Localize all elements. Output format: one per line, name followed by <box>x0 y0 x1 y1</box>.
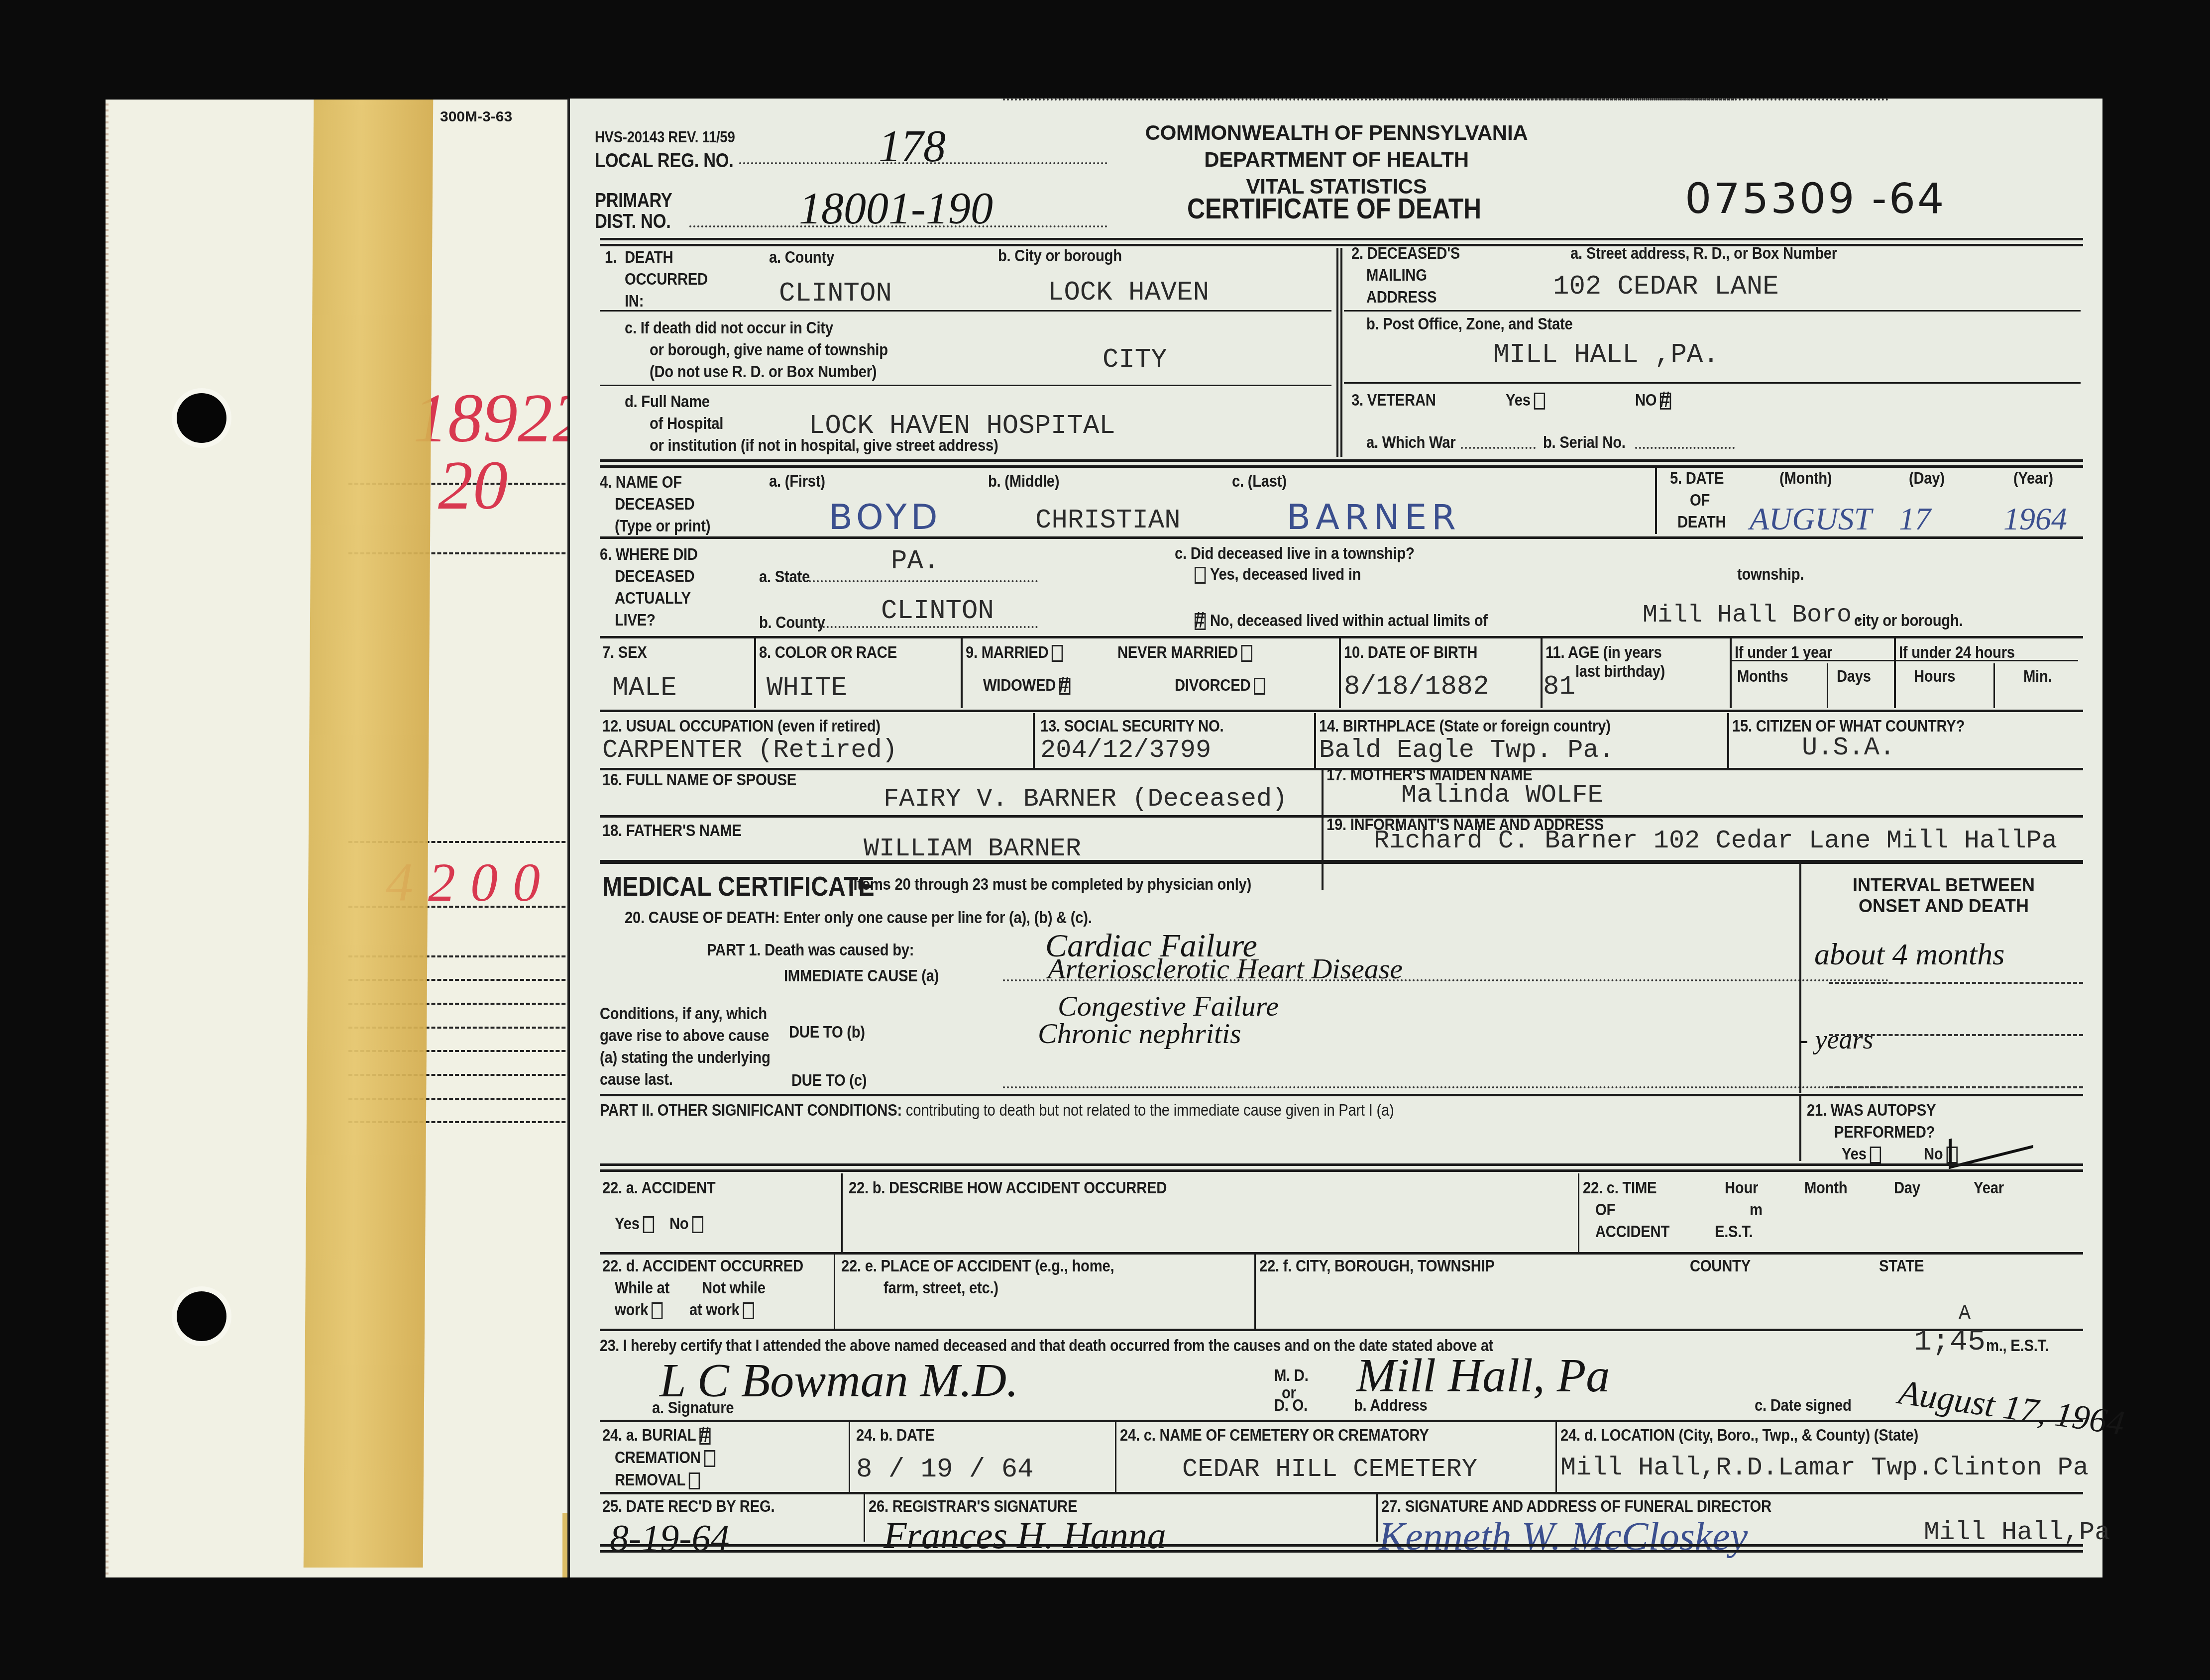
cremation-option[interactable]: CREMATION <box>615 1447 715 1469</box>
interval-a: about 4 months <box>1814 937 2004 972</box>
accident-county-label: COUNTY <box>1690 1256 1751 1277</box>
rule <box>1254 1254 1256 1329</box>
burial-option[interactable]: 24. a. BURIAL <box>602 1425 711 1447</box>
place-of-accident-label: 22. e. PLACE OF ACCIDENT (e.g., home, <box>841 1256 1114 1277</box>
s6-label: DECEASED <box>615 566 694 588</box>
accident-time-label: ACCIDENT <box>1595 1221 1669 1243</box>
widowed-label: WIDOWED <box>983 676 1056 695</box>
accident-no[interactable]: No <box>669 1213 703 1235</box>
part-1-label: PART 1. Death was caused by: <box>707 940 914 961</box>
rule <box>1115 1422 1116 1492</box>
removal-option[interactable]: REMOVAL <box>615 1470 700 1491</box>
township-yes-checkbox[interactable] <box>1195 567 1206 584</box>
married-label: 9. MARRIED <box>966 643 1048 662</box>
occupation-value: CARPENTER (Retired) <box>602 735 897 765</box>
rule <box>600 1492 2083 1494</box>
serial-line <box>1635 447 1735 449</box>
autopsy-label: 21. WAS AUTOPSY <box>1807 1100 1936 1122</box>
burial-date: 8 / 19 / 64 <box>856 1455 1033 1485</box>
birthplace-value: Bald Eagle Twp. Pa. <box>1319 735 1614 765</box>
rule <box>600 860 2083 864</box>
rule <box>600 459 2083 462</box>
s2-label: 2. DECEASED'S <box>1351 243 1460 265</box>
date-received: 8-19-64 <box>610 1517 730 1560</box>
date-signed-label: c. Date signed <box>1755 1395 1852 1417</box>
death-month: AUGUST <box>1750 501 1872 537</box>
rule <box>864 1494 865 1542</box>
mailing-post-office: MILL HALL ,PA. <box>1493 340 1719 370</box>
date-received-label: 25. DATE REC'D BY REG. <box>602 1496 774 1518</box>
city-borough-suffix: city or borough. <box>1854 610 1963 632</box>
rule <box>600 536 2083 539</box>
divorced-option[interactable]: DIVORCED <box>1175 675 1265 697</box>
burial-location: Mill Hall,R.D.Lamar Twp.Clinton Pa <box>1560 1453 2089 1482</box>
rule <box>754 638 756 708</box>
m-label: m <box>1750 1199 1763 1221</box>
serial-label: b. Serial No. <box>1543 432 1626 454</box>
punch-hole-bottom <box>177 1291 226 1341</box>
rule <box>600 385 1331 386</box>
hours-label: Hours <box>1914 666 1955 688</box>
s6-label: ACTUALLY <box>615 588 691 610</box>
veteran-no-checkbox[interactable] <box>1660 393 1671 410</box>
dist-value: 18001-190 <box>799 183 993 234</box>
interval-header: INTERVAL BETWEEN ONSET AND DEATH <box>1804 875 2083 917</box>
s2-label: MAILING <box>1366 265 1427 287</box>
accident-city-label: 22. f. CITY, BOROUGH, TOWNSHIP <box>1259 1256 1495 1277</box>
township-no-checkbox[interactable] <box>1195 613 1206 630</box>
conditions-text: (a) stating the underlying <box>600 1047 771 1069</box>
never-married-checkbox[interactable] <box>1241 645 1252 662</box>
accident-occurred-label: 22. d. ACCIDENT OCCURRED <box>602 1256 803 1277</box>
accident-yes[interactable]: Yes <box>615 1213 654 1235</box>
tape-strip <box>304 100 434 1568</box>
residence-city: Mill Hall Boro. <box>1643 601 1867 630</box>
autopsy-label: PERFORMED? <box>1834 1122 1935 1144</box>
signature-label: a. Signature <box>652 1397 734 1419</box>
stub-form-code: 300M-3-63 <box>440 108 512 125</box>
state-line <box>809 580 1038 582</box>
due-to-c-label: DUE TO (c) <box>791 1070 867 1092</box>
medical-note: (Items 20 through 23 must be completed b… <box>849 874 1251 896</box>
rule <box>1322 768 1324 890</box>
which-war-label: a. Which War <box>1366 432 1455 454</box>
burial-location-label: 24. d. LOCATION (City, Boro., Twp., & Co… <box>1560 1425 1918 1447</box>
city-label: b. City or borough <box>998 245 1122 267</box>
age-label-2: last birthday) <box>1575 661 1665 683</box>
interval-c-line <box>1829 1086 2083 1088</box>
race-value: WHITE <box>767 673 847 704</box>
burial-label: 24. a. BURIAL <box>602 1426 696 1445</box>
sex-label: 7. SEX <box>602 642 647 664</box>
rule <box>600 244 2083 246</box>
dob-label: 10. DATE OF BIRTH <box>1344 642 1477 664</box>
accident-label: 22. a. ACCIDENT <box>602 1177 715 1199</box>
s4-label: DECEASED <box>615 494 694 516</box>
mailing-street: 102 CEDAR LANE <box>1553 272 1779 302</box>
while-at-work-checkbox[interactable] <box>652 1302 663 1319</box>
rule <box>600 710 2083 712</box>
residence-county: CLINTON <box>881 596 994 627</box>
rule <box>600 1420 2083 1422</box>
punch-hole-top <box>177 393 226 443</box>
cremation-label: CREMATION <box>615 1448 701 1467</box>
est-label: E.S.T. <box>1715 1221 1753 1243</box>
rule <box>1727 713 1729 770</box>
rule <box>1376 1494 1378 1542</box>
not-at-work-label-2: at work <box>689 1300 740 1319</box>
local-reg-value: 178 <box>879 121 946 172</box>
township-yes-option[interactable]: Yes, deceased lived in <box>1195 564 1361 586</box>
interval-label: INTERVAL BETWEEN <box>1804 875 2083 896</box>
never-married-option[interactable]: NEVER MARRIED <box>1117 642 1252 664</box>
accident-no-checkbox[interactable] <box>692 1216 703 1233</box>
removal-label: REMOVAL <box>615 1470 685 1489</box>
death-city: LOCK HAVEN <box>1048 278 1209 308</box>
time-suffix: m., E.S.T. <box>1986 1335 2049 1357</box>
cause-a-line-2: Arteriosclerotic Heart Disease <box>1048 952 1403 985</box>
age-label: 11. AGE (in years <box>1546 642 1661 664</box>
rule <box>600 1544 2083 1547</box>
married-option[interactable]: 9. MARRIED <box>966 642 1063 664</box>
accident-time-label: 22. c. TIME <box>1583 1177 1657 1199</box>
day-col: Day <box>1894 1177 1920 1199</box>
place-of-accident-label: farm, street, etc.) <box>884 1277 998 1299</box>
sex-value: MALE <box>612 673 677 704</box>
death-year: 1964 <box>2003 501 2067 537</box>
rule <box>1993 663 1995 708</box>
rule <box>1033 713 1035 770</box>
autopsy-yes-checkbox[interactable] <box>1870 1147 1881 1163</box>
hospital-name: LOCK HAVEN HOSPITAL <box>809 411 1115 441</box>
cause-c-line <box>1003 1086 1889 1088</box>
months-label: Months <box>1737 666 1788 688</box>
burial-date-label: 24. b. DATE <box>856 1425 934 1447</box>
rule <box>1344 310 2081 312</box>
residence-county-label: b. County <box>759 612 825 634</box>
married-checkbox[interactable] <box>1052 645 1063 662</box>
divorced-label: DIVORCED <box>1175 676 1250 695</box>
street-label: a. Street address, R. D., or Box Number <box>1570 243 1837 265</box>
part-2-note: contributing to death but not related to… <box>906 1101 1394 1120</box>
removal-checkbox[interactable] <box>689 1472 700 1489</box>
month-col: Month <box>1804 1177 1847 1199</box>
s6-label: LIVE? <box>615 610 656 631</box>
death-county: CLINTON <box>779 279 892 309</box>
s5-label: OF <box>1690 490 1710 512</box>
while-at-work-label: While at <box>615 1277 669 1299</box>
accident-time-label: OF <box>1595 1199 1615 1221</box>
rule <box>961 638 963 708</box>
agency-line-2: DEPARTMENT OF HEALTH <box>1137 146 1536 173</box>
township-no-text: No, deceased lived within actual limits … <box>1210 611 1488 630</box>
rule <box>600 310 1331 312</box>
death-day: 17 <box>1899 501 1931 537</box>
rule <box>1314 713 1316 770</box>
while-at-work-label-2: work <box>615 1300 648 1319</box>
hospital-label: d. Full Name <box>625 391 710 413</box>
birthplace-label: 14. BIRTHPLACE (State or foreign country… <box>1319 716 1611 737</box>
middle-name-label: b. (Middle) <box>988 471 1059 493</box>
rule <box>600 465 2083 468</box>
rule <box>1655 467 1657 534</box>
veteran-no[interactable]: NO <box>1635 390 1671 412</box>
s6-label: 6. WHERE DID <box>600 544 698 566</box>
age-value: 81 <box>1543 672 1575 702</box>
war-line <box>1461 447 1536 449</box>
veteran-label: 3. VETERAN <box>1351 390 1436 412</box>
rule <box>600 1094 2083 1096</box>
days-label: Days <box>1837 666 1871 688</box>
dist-label: DIST. NO. <box>595 209 671 234</box>
interval-a-line <box>1829 982 2083 984</box>
not-at-work-label: Not while <box>702 1277 766 1299</box>
mother-maiden-name: Malinda WOLFE <box>1401 780 1603 810</box>
cause-b-line <box>1003 99 1889 101</box>
citizen-value: U.S.A. <box>1802 733 1895 762</box>
part-2-title: PART II. OTHER SIGNIFICANT CONDITIONS: <box>600 1101 902 1120</box>
rule <box>600 1169 2083 1172</box>
spouse-name: FAIRY V. BARNER (Deceased) <box>884 784 1287 814</box>
accident-state-label: STATE <box>1879 1256 1924 1277</box>
rule <box>1827 663 1828 708</box>
s4-label: 4. NAME OF <box>600 472 682 494</box>
last-name-label: c. (Last) <box>1232 471 1287 493</box>
residence-state-label: a. State <box>759 566 810 588</box>
township-label: or borough, give name of township <box>650 339 888 361</box>
time-of-death: 1;45 <box>1914 1325 1986 1359</box>
veteran-yes-checkbox[interactable] <box>1534 393 1545 410</box>
do-label: D. O. <box>1274 1395 1308 1417</box>
not-at-work-checkbox[interactable] <box>743 1302 754 1319</box>
document-title: CERTIFICATE OF DEATH <box>1187 192 1481 225</box>
under-24-hours-label: If under 24 hours <box>1899 642 2015 664</box>
cause-b-line-2: Chronic nephritis <box>1038 1017 1241 1050</box>
form-revision: HVS-20143 REV. 11/59 <box>595 127 735 147</box>
rule <box>600 636 2083 638</box>
last-name: BARNER <box>1287 497 1461 537</box>
day-label: (Day) <box>1909 468 1945 490</box>
hospital-label: of Hospital <box>650 413 723 435</box>
rule <box>1894 638 1896 708</box>
minutes-label: Min. <box>2023 666 2052 688</box>
death-certificate: HVS-20143 REV. 11/59 LOCAL REG. NO. 178 … <box>567 99 2102 1577</box>
funeral-director-address: Mill Hall,Pa <box>1924 1518 2110 1547</box>
time-am-marker: A <box>1959 1303 1971 1325</box>
spouse-label: 16. FULL NAME OF SPOUSE <box>602 769 796 791</box>
cause-of-death-label: 20. CAUSE OF DEATH: Enter only one cause… <box>625 907 1092 929</box>
ssn-value: 204/12/3799 <box>1040 735 1211 765</box>
residence-state: PA. <box>891 546 939 577</box>
township-label: c. If death did not occur in City <box>625 317 833 339</box>
part-2-label: PART II. OTHER SIGNIFICANT CONDITIONS: c… <box>600 1100 1394 1122</box>
not-at-work-option[interactable]: at work <box>689 1299 754 1321</box>
while-at-work-option[interactable]: work <box>615 1299 663 1321</box>
agency-block: COMMONWEALTH OF PENNSYLVANIA DEPARTMENT … <box>1137 119 1536 200</box>
autopsy-no-checkmark <box>1949 1118 2033 1169</box>
veteran-no-label: NO <box>1635 391 1657 410</box>
township-yes-text: Yes, deceased lived in <box>1210 565 1361 584</box>
cremation-checkbox[interactable] <box>704 1450 715 1467</box>
rule <box>1339 638 1341 708</box>
township-suffix: township. <box>1737 564 1804 586</box>
rule <box>1344 382 2081 384</box>
month-label: (Month) <box>1779 468 1832 490</box>
due-to-b-label: DUE TO (b) <box>789 1022 865 1044</box>
rule <box>1541 638 1543 708</box>
immediate-cause-label: IMMEDIATE CAUSE (a) <box>784 965 939 987</box>
rule <box>600 1252 2083 1255</box>
father-name: WILLIAM BARNER <box>864 834 1081 863</box>
death-township: CITY <box>1103 345 1167 375</box>
conditions-text: cause last. <box>600 1069 673 1091</box>
date-of-birth: 8/18/1882 <box>1344 672 1489 702</box>
township-label: (Do not use R. D. or Box Number) <box>650 361 877 383</box>
perforated-edge <box>106 100 109 1577</box>
first-name-label: a. (First) <box>769 471 825 493</box>
s5-label: DEATH <box>1677 512 1726 533</box>
rule <box>834 1254 835 1329</box>
year-label: (Year) <box>2013 468 2053 490</box>
rule <box>600 1550 2083 1553</box>
agency-line-1: COMMONWEALTH OF PENNSYLVANIA <box>1137 119 1536 146</box>
cemetery-name: CEDAR HILL CEMETERY <box>1182 1455 1477 1484</box>
year-col: Year <box>1974 1177 2004 1199</box>
rule <box>1555 1422 1557 1492</box>
s4-label: (Type or print) <box>615 516 710 537</box>
burial-checkbox[interactable] <box>699 1428 710 1445</box>
s1-number: 1. <box>605 247 617 269</box>
accident-yes-checkbox[interactable] <box>643 1216 654 1233</box>
autopsy-yes[interactable]: Yes <box>1842 1144 1881 1165</box>
conditions-text: gave rise to above cause <box>600 1025 769 1047</box>
middle-name: CHRISTIAN <box>1035 506 1181 536</box>
date-signed: August 17, 1964 <box>1896 1372 2127 1444</box>
never-married-label: NEVER MARRIED <box>1117 643 1238 662</box>
accident-no-label: No <box>669 1214 688 1233</box>
widowed-option[interactable]: WIDOWED <box>983 675 1070 697</box>
veteran-yes[interactable]: Yes <box>1506 390 1545 412</box>
s1-label: IN: <box>625 291 644 313</box>
veteran-yes-label: Yes <box>1506 391 1531 410</box>
rule <box>600 1163 2083 1166</box>
rule <box>1336 248 1338 457</box>
local-reg-label: LOCAL REG. NO. <box>595 148 734 174</box>
race-label: 8. COLOR OR RACE <box>759 642 897 664</box>
accident-yes-label: Yes <box>615 1214 640 1233</box>
rule <box>600 1329 2083 1331</box>
occupation-label: 12. USUAL OCCUPATION (even if retired) <box>602 716 881 737</box>
accident-description-label: 22. b. DESCRIBE HOW ACCIDENT OCCURRED <box>849 1177 1167 1199</box>
rule <box>1578 1173 1579 1253</box>
township-no-option[interactable]: No, deceased lived within actual limits … <box>1195 610 1488 632</box>
rule <box>600 238 2083 240</box>
informant: Richard C. Barner 102 Cedar Lane Mill Ha… <box>1374 826 2057 855</box>
hour-col: Hour <box>1725 1177 1758 1199</box>
rule <box>1730 638 1732 708</box>
divorced-checkbox[interactable] <box>1254 678 1265 695</box>
rule <box>1799 1096 1801 1161</box>
father-label: 18. FATHER'S NAME <box>602 820 742 842</box>
interval-label: ONSET AND DEATH <box>1804 896 2083 917</box>
rule <box>841 1173 843 1253</box>
s1-label: DEATH <box>625 247 673 269</box>
ssn-label: 13. SOCIAL SECURITY NO. <box>1040 716 1223 737</box>
post-office-label: b. Post Office, Zone, and State <box>1366 314 1572 335</box>
first-name: BOYD <box>829 497 942 537</box>
rule <box>1799 864 1801 1093</box>
interval-b: - years <box>1799 1024 1873 1055</box>
medical-heading: MEDICAL CERTIFICATE <box>602 870 875 902</box>
autopsy-yes-label: Yes <box>1842 1145 1867 1163</box>
county-label: a. County <box>769 247 834 269</box>
cemetery-label: 24. c. NAME OF CEMETERY OR CREMATORY <box>1120 1425 1429 1447</box>
conditions-text: Conditions, if any, which <box>600 1003 767 1025</box>
rule <box>849 1422 850 1492</box>
s5-label: 5. DATE <box>1670 468 1724 490</box>
certificate-number: 075309 -64 <box>1685 174 1946 223</box>
s1-label: OCCURRED <box>625 269 708 291</box>
physician-address: Mill Hall, Pa <box>1356 1348 1610 1403</box>
township-question: c. Did deceased live in a township? <box>1175 543 1415 565</box>
autopsy-no-label: No <box>1924 1145 1943 1163</box>
rule <box>1340 248 1342 457</box>
red-note-2: 20 <box>438 445 508 525</box>
funeral-director-signature: Kenneth W. McCloskey <box>1379 1514 1748 1560</box>
s2-label: ADDRESS <box>1366 287 1436 309</box>
widowed-checkbox[interactable] <box>1059 678 1070 695</box>
